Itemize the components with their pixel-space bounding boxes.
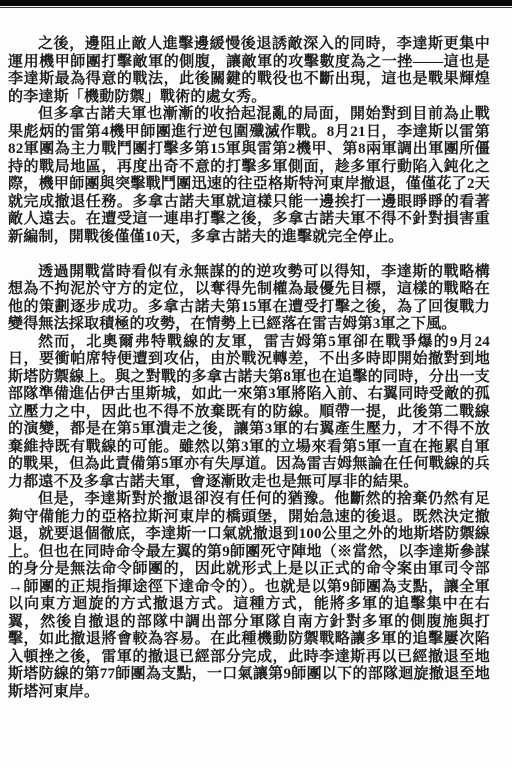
scan-top-edge-line bbox=[0, 7, 512, 8]
scanned-book-page: 之後，邊阻止敵人進擊邊緩慢後退誘敵深入的同時，李達斯更集中運用機甲師團打擊敵軍的… bbox=[0, 0, 512, 768]
paragraph-5: 但是，李達斯對於撤退卻沒有任何的猶豫。他斷然的捨棄仍然有足夠守備能力的亞格拉斯河… bbox=[8, 491, 490, 701]
scan-top-black-bar bbox=[0, 0, 512, 6]
paragraph-2: 但多拿古諾夫軍也漸漸的收拾起混亂的局面，開始對到目前為止戰果彪炳的雷第4機甲師團… bbox=[8, 106, 490, 246]
paragraph-3: 透過開戰當時看似有永無謀的的逆攻勢可以得知，李達斯的戰略構想為不拘泥於守方的定位… bbox=[8, 264, 490, 334]
paragraph-4: 然而，北奧爾弗特戰線的友軍，雷吉姆第5軍卻在戰爭爆的9月24日，要衝帕席特便遭到… bbox=[8, 334, 490, 492]
paragraph-1: 之後，邊阻止敵人進擊邊緩慢後退誘敵深入的同時，李達斯更集中運用機甲師團打擊敵軍的… bbox=[8, 36, 490, 106]
body-text-block: 之後，邊阻止敵人進擊邊緩慢後退誘敵深入的同時，李達斯更集中運用機甲師團打擊敵軍的… bbox=[8, 36, 490, 701]
